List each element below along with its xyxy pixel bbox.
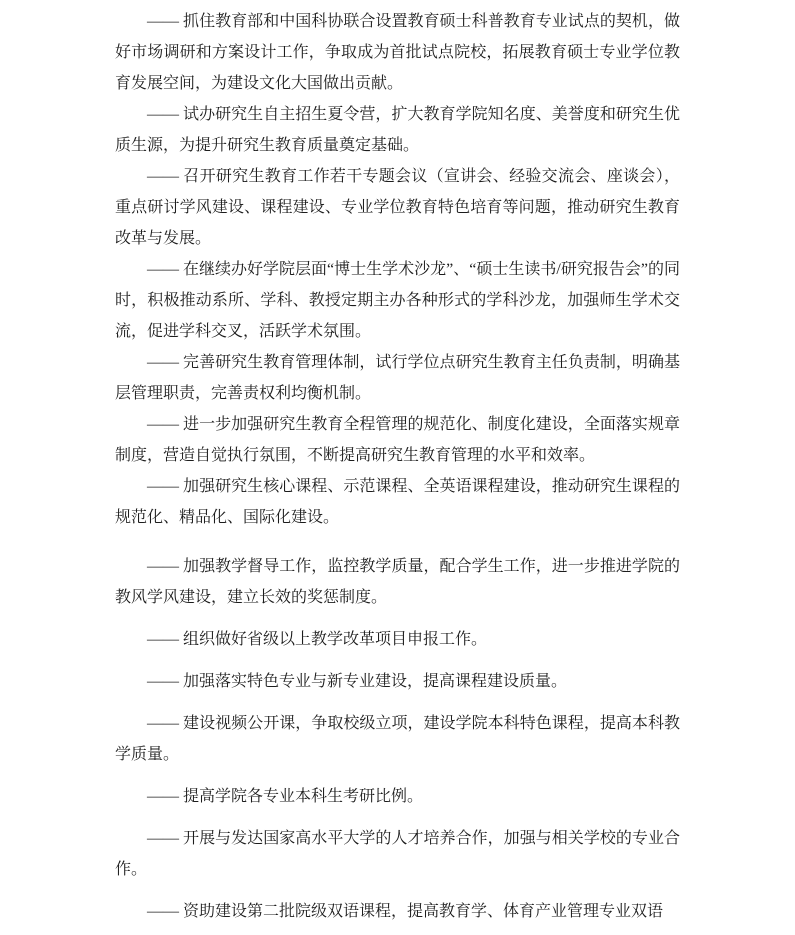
- paragraph: —— 建设视频公开课，争取校级立项，建设学院本科特色课程，提高本科教学质量。: [115, 708, 680, 770]
- paragraph-list: —— 抓住教育部和中国科协联合设置教育硕士科普教育专业试点的契机，做好市场调研和…: [115, 6, 680, 927]
- paragraph: —— 开展与发达国家高水平大学的人才培养合作，加强与相关学校的专业合作。: [115, 823, 680, 885]
- paragraph: —— 组织做好省级以上教学改革项目申报工作。: [115, 624, 680, 655]
- paragraph: —— 资助建设第二批院级双语课程，提高教育学、体育产业管理专业双语: [115, 896, 680, 927]
- paragraph: —— 召开研究生教育工作若干专题会议（宣讲会、经验交流会、座谈会），重点研讨学风…: [115, 161, 680, 254]
- paragraph: —— 加强研究生核心课程、示范课程、全英语课程建设，推动研究生课程的规范化、精品…: [115, 471, 680, 533]
- paragraph: —— 在继续办好学院层面“博士生学术沙龙”、“硕士生读书/研究报告会”的同时，积…: [115, 254, 680, 347]
- document-page: —— 抓住教育部和中国科协联合设置教育硕士科普教育专业试点的契机，做好市场调研和…: [0, 0, 795, 935]
- paragraph: —— 进一步加强研究生教育全程管理的规范化、制度化建设，全面落实规章制度，营造自…: [115, 409, 680, 471]
- paragraph: —— 试办研究生自主招生夏令营，扩大教育学院知名度、美誉度和研究生优质生源，为提…: [115, 99, 680, 161]
- paragraph: —— 加强落实特色专业与新专业建设，提高课程建设质量。: [115, 666, 680, 697]
- paragraph: —— 提高学院各专业本科生考研比例。: [115, 781, 680, 812]
- paragraph: —— 加强教学督导工作，监控教学质量，配合学生工作，进一步推进学院的教风学风建设…: [115, 551, 680, 613]
- page: { "page": { "background_color": "#ffffff…: [0, 0, 795, 935]
- paragraph: —— 抓住教育部和中国科协联合设置教育硕士科普教育专业试点的契机，做好市场调研和…: [115, 6, 680, 99]
- paragraph: —— 完善研究生教育管理体制，试行学位点研究生教育主任负责制，明确基层管理职责，…: [115, 347, 680, 409]
